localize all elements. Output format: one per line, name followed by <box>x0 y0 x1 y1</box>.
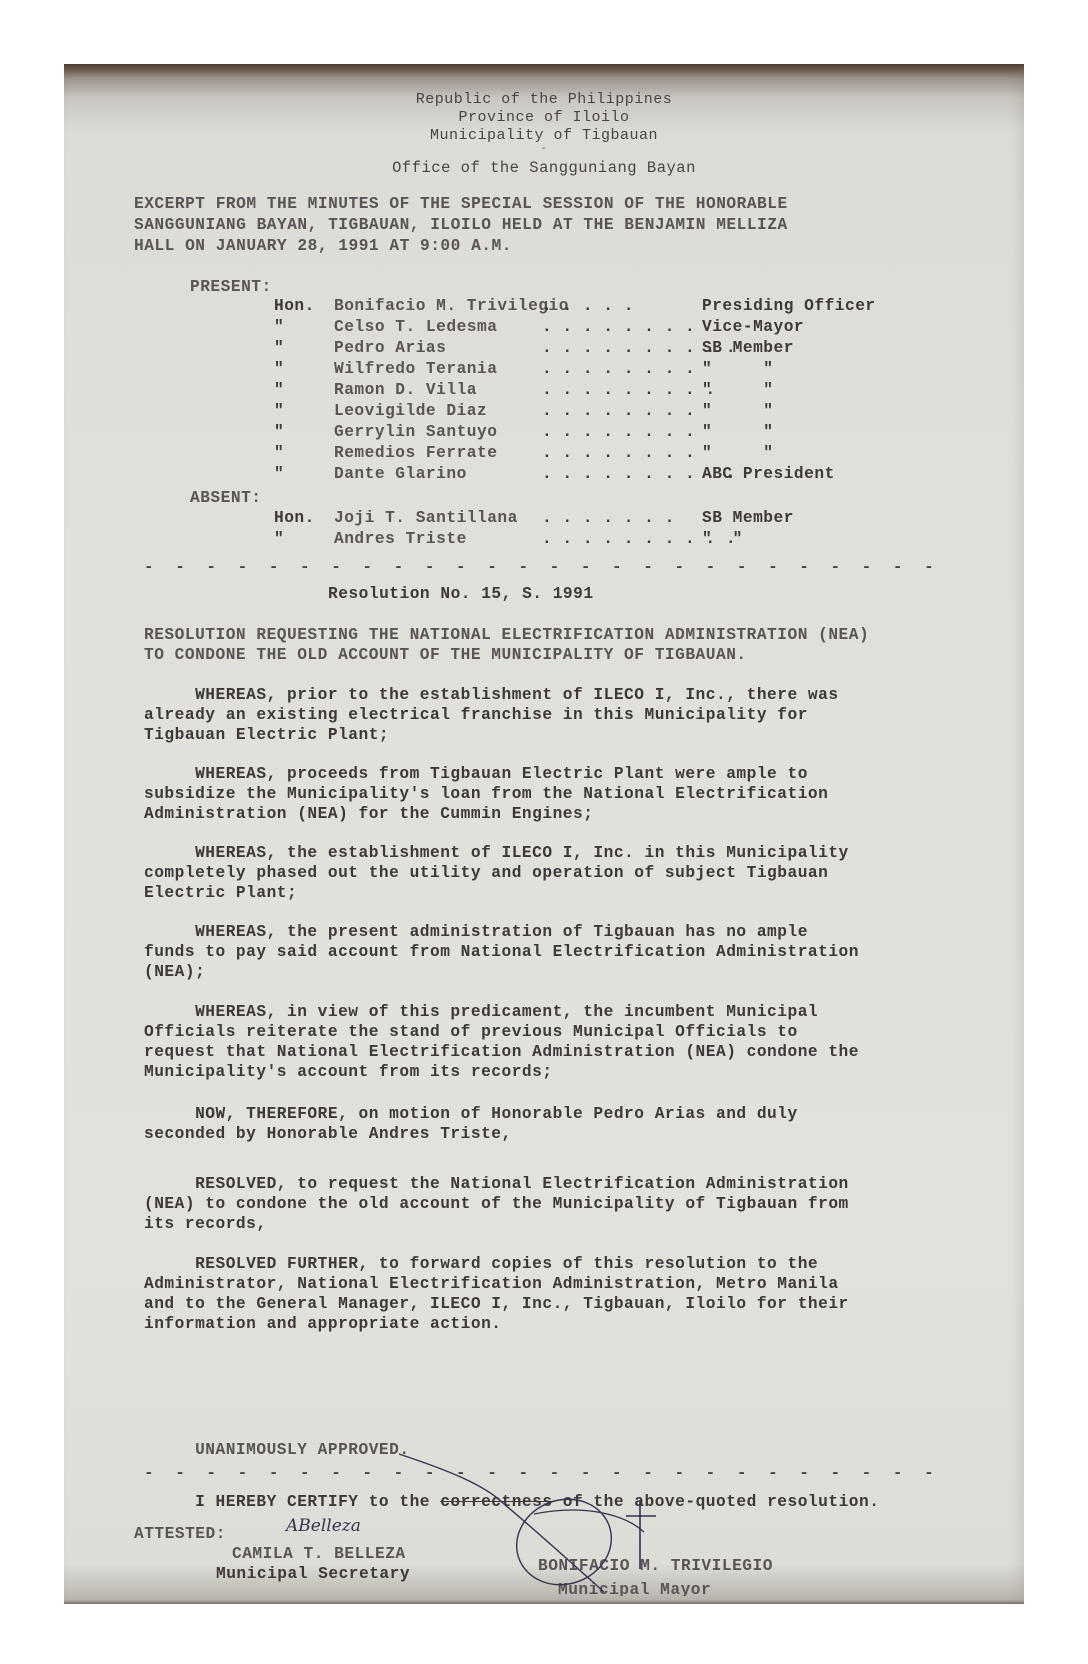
mayor-signature-icon <box>64 64 1024 1604</box>
document-page: Republic of the Philippines Province of … <box>64 64 1024 1604</box>
